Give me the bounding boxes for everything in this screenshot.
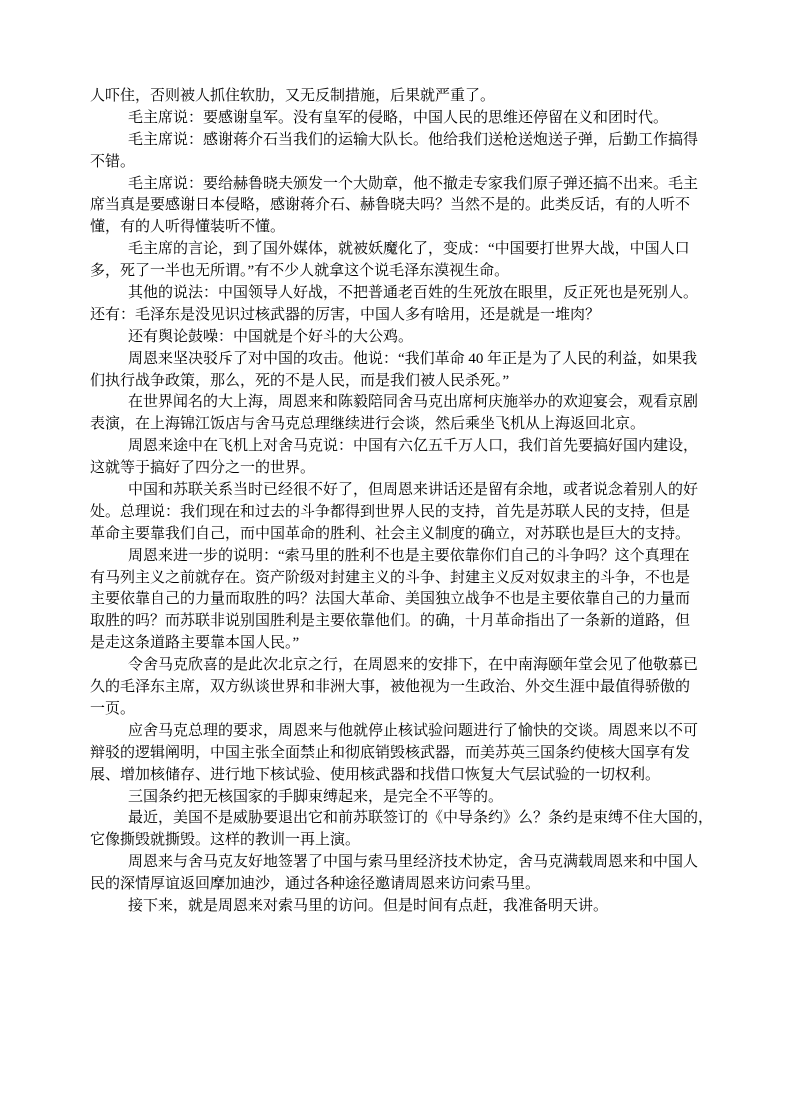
text-line: 主要依靠自己的力量而取胜的吗？法国大革命、美国独立战争不也是主要依靠自己的力量而 (90, 589, 706, 611)
text-line: 在世界闻名的大上海，周恩来和陈毅陪同舍马克出席柯庆施举办的欢迎宴会，观看京剧 (90, 392, 706, 414)
text-line: 还有：毛泽东是没见识过核武器的厉害，中国人多有啥用，还是就是一堆肉？ (90, 305, 706, 327)
text-block: 人吓住，否则被人抓住软肋，又无反制措施，后果就严重了。毛主席说：要感谢皇军。没有… (90, 86, 706, 918)
text-line: 处。总理说：我们现在和过去的斗争都得到世界人民的支持，首先是苏联人民的支持，但是 (90, 502, 706, 524)
text-line: 周恩来进一步的说明：“索马里的胜利不也是主要依靠你们自己的斗争吗？这个真理在 (90, 546, 706, 568)
text-line: 展、增加核储存、进行地下核试验、使用核武器和找借口恢复大气层试验的一切权利。 (90, 765, 706, 787)
text-line: 毛主席说：要给赫鲁晓夫颁发一个大勋章，他不撤走专家我们原子弹还搞不出来。毛主 (90, 174, 706, 196)
text-line: 不错。 (90, 152, 706, 174)
text-line: 人吓住，否则被人抓住软肋，又无反制措施，后果就严重了。 (90, 86, 706, 108)
text-line: 是走这条道路主要靠本国人民。” (90, 633, 706, 655)
text-line: 多，死了一半也无所谓。”有不少人就拿这个说毛泽东漠视生命。 (90, 261, 706, 283)
text-line: 这就等于搞好了四分之一的世界。 (90, 458, 706, 480)
text-line: 取胜的吗？而苏联非说别国胜利是主要依靠他们。的确，十月革命指出了一条新的道路，但 (90, 611, 706, 633)
text-line: 其他的说法：中国领导人好战，不把普通老百姓的生死放在眼里，反正死也是死别人。 (90, 283, 706, 305)
text-line: 毛主席的言论，到了国外媒体，就被妖魔化了，变成：“中国要打世界大战，中国人口 (90, 239, 706, 261)
text-line: 毛主席说：要感谢皇军。没有皇军的侵略，中国人民的思维还停留在义和团时代。 (90, 108, 706, 130)
text-line: 久的毛泽东主席，双方纵谈世界和非洲大事，被他视为一生政治、外交生涯中最值得骄傲的 (90, 677, 706, 699)
text-line: 懂，有的人听得懂装听不懂。 (90, 217, 706, 239)
text-line: 一页。 (90, 699, 706, 721)
document-page: 人吓住，否则被人抓住软肋，又无反制措施，后果就严重了。毛主席说：要感谢皇军。没有… (0, 0, 800, 1100)
text-line: 辩驳的逻辑阐明，中国主张全面禁止和彻底销毁核武器，而美苏英三国条约使核大国享有发 (90, 743, 706, 765)
text-line: 中国和苏联关系当时已经很不好了，但周恩来讲话还是留有余地，或者说念着别人的好 (90, 480, 706, 502)
text-line: 令舍马克欣喜的是此次北京之行，在周恩来的安排下，在中南海颐年堂会见了他敬慕已 (90, 655, 706, 677)
text-line: 周恩来坚决驳斥了对中国的攻击。他说：“我们革命 40 年正是为了人民的利益，如果… (90, 349, 706, 371)
text-line: 民的深情厚谊返回摩加迪沙，通过各种途径邀请周恩来访问索马里。 (90, 874, 706, 896)
text-line: 席当真是要感谢日本侵略，感谢蒋介石、赫鲁晓夫吗？当然不是的。此类反话，有的人听不 (90, 195, 706, 217)
text-line: 最近，美国不是威胁要退出它和前苏联签订的《中导条约》么？条约是束缚不住大国的， (90, 808, 706, 830)
text-line: 还有舆论鼓噪：中国就是个好斗的大公鸡。 (90, 327, 706, 349)
text-line: 周恩来与舍马克友好地签署了中国与索马里经济技术协定，舍马克满载周恩来和中国人 (90, 852, 706, 874)
text-line: 它像撕毁就撕毁。这样的教训一再上演。 (90, 830, 706, 852)
text-line: 表演，在上海锦江饭店与舍马克总理继续进行会谈，然后乘坐飞机从上海返回北京。 (90, 414, 706, 436)
text-line: 们执行战争政策，那么，死的不是人民，而是我们被人民杀死。” (90, 371, 706, 393)
text-line: 革命主要靠我们自己，而中国革命的胜利、社会主义制度的确立，对苏联也是巨大的支持。 (90, 524, 706, 546)
text-line: 毛主席说：感谢蒋介石当我们的运输大队长。他给我们送枪送炮送子弹，后勤工作搞得 (90, 130, 706, 152)
text-line: 周恩来途中在飞机上对舍马克说：中国有六亿五千万人口，我们首先要搞好国内建设， (90, 436, 706, 458)
text-line: 有马列主义之前就存在。资产阶级对封建主义的斗争、封建主义反对奴隶主的斗争，不也是 (90, 568, 706, 590)
text-line: 三国条约把无核国家的手脚束缚起来，是完全不平等的。 (90, 787, 706, 809)
text-line: 接下来，就是周恩来对索马里的访问。但是时间有点赶，我准备明天讲。 (90, 896, 706, 918)
text-line: 应舍马克总理的要求，周恩来与他就停止核试验问题进行了愉快的交谈。周恩来以不可 (90, 721, 706, 743)
